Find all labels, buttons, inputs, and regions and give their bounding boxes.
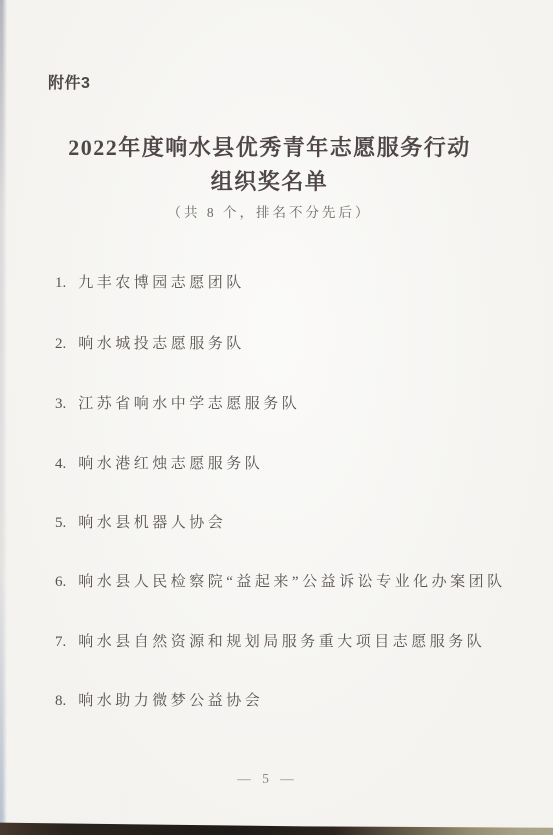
list-item-name: 江苏省响水中学志愿服务队	[78, 396, 300, 412]
document-title-line1: 2022年度响水县优秀青年志愿服务行动	[0, 131, 539, 162]
list-item-number: 6.	[55, 574, 66, 591]
list-item: 6.响水县人民检察院“益起来”公益诉讼专业化办案团队	[55, 570, 506, 591]
list-item-number: 5.	[55, 515, 66, 532]
list-item: 1.九丰农博园志愿团队	[55, 271, 245, 292]
list-item: 5.响水县机器人协会	[55, 511, 226, 532]
page-number: — 5 —	[0, 771, 535, 787]
list-item-name: 响水县自然资源和规划局服务重大项目志愿服务队	[78, 634, 485, 650]
scanned-document-page: 附件3 2022年度响水县优秀青年志愿服务行动 组织奖名单 （共 8 个，排名不…	[0, 0, 553, 835]
list-item-number: 4.	[55, 456, 66, 473]
list-item: 4.响水港红烛志愿服务队	[55, 452, 263, 473]
list-item: 3.江苏省响水中学志愿服务队	[55, 392, 300, 413]
list-item-name: 响水港红烛志愿服务队	[78, 456, 263, 472]
list-item-number: 3.	[55, 396, 66, 413]
list-item-number: 7.	[55, 634, 66, 651]
list-item-number: 8.	[55, 693, 66, 710]
scan-paper-left-edge	[0, 0, 7, 827]
document-title-line2: 组织奖名单	[0, 165, 539, 196]
list-item-name: 九丰农博园志愿团队	[78, 275, 245, 291]
document-subtitle: （共 8 个，排名不分先后）	[0, 201, 539, 221]
list-item-name: 响水城投志愿服务队	[78, 336, 245, 352]
list-item: 8.响水助力微梦公益协会	[55, 689, 263, 710]
list-item: 7.响水县自然资源和规划局服务重大项目志愿服务队	[55, 630, 485, 651]
attachment-label: 附件3	[48, 70, 90, 93]
list-item: 2.响水城投志愿服务队	[55, 332, 245, 353]
list-item-number: 2.	[55, 336, 66, 353]
list-item-name: 响水县机器人协会	[78, 515, 226, 531]
list-item-name: 响水助力微梦公益协会	[78, 693, 263, 709]
list-item-number: 1.	[55, 275, 66, 292]
scan-bottom-edge	[0, 821, 553, 835]
list-item-name: 响水县人民检察院“益起来”公益诉讼专业化办案团队	[78, 574, 505, 590]
